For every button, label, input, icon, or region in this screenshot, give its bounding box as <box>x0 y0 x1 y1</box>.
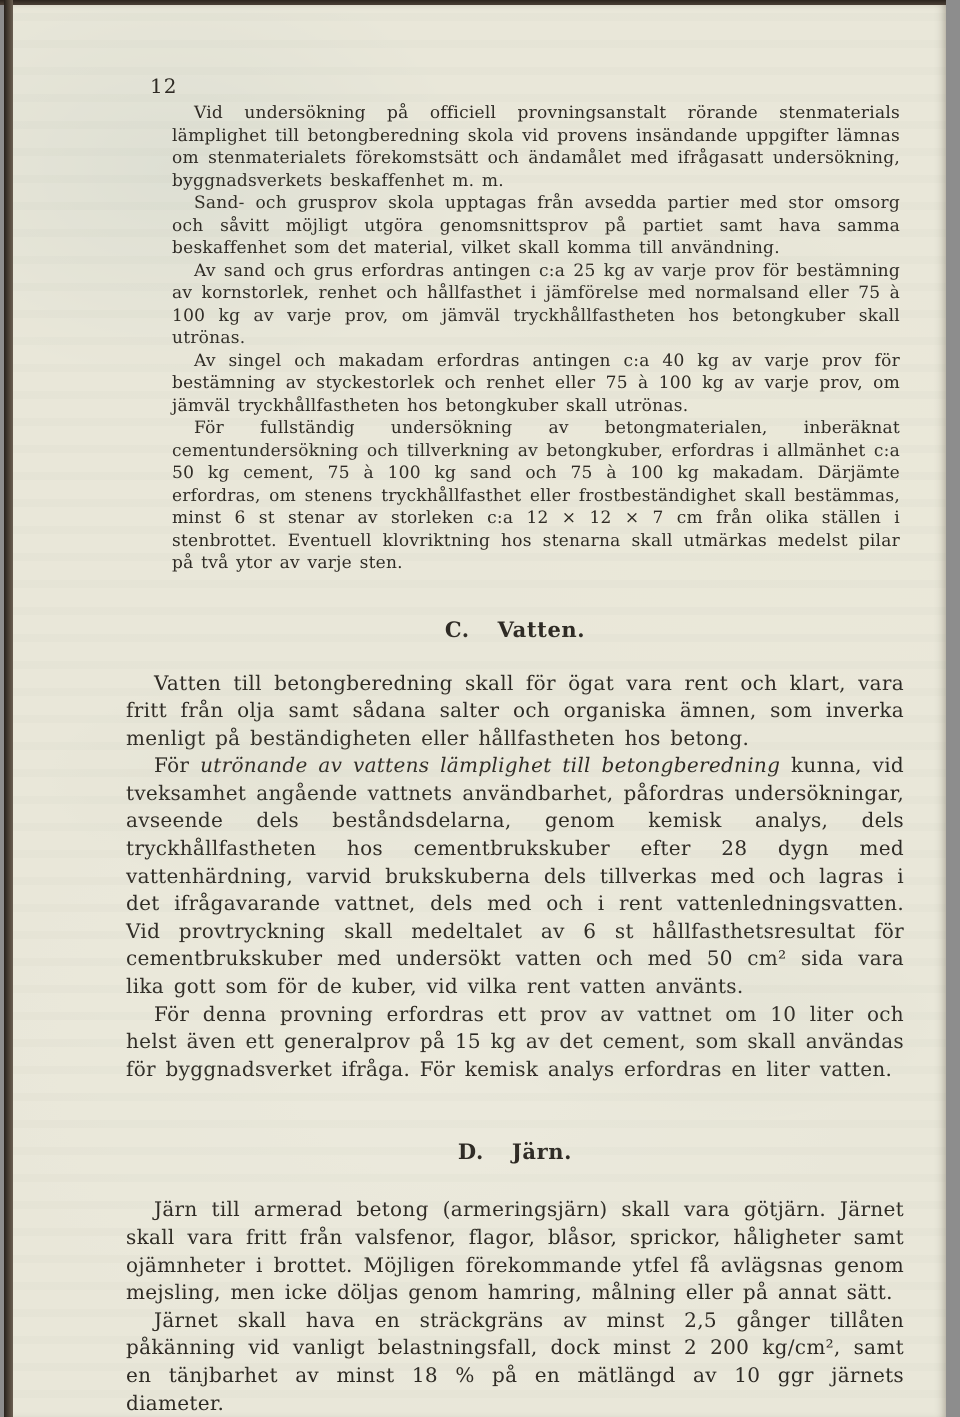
paragraph: För denna provning erfordras ett prov av… <box>126 1001 904 1084</box>
page-content: Vid undersökning på officiell provningsa… <box>4 102 946 1417</box>
section-iron: Järn till armerad betong (armeringsjärn)… <box>126 1196 904 1417</box>
heading-label: D. <box>458 1139 484 1164</box>
section-stone-materials: Vid undersökning på officiell provningsa… <box>172 102 900 575</box>
page-number: 12 <box>150 74 946 98</box>
paragraph: Vatten till betongberedning skall för ög… <box>126 670 904 753</box>
scanned-page: { "page": { "page_number": "12", "paper_… <box>0 0 960 1417</box>
paragraph: Järnet skall hava en sträckgräns av mins… <box>126 1307 904 1417</box>
text-run: Järn till armerad betong (armeringsjärn)… <box>126 1197 904 1304</box>
text-run: Sand- och grusprov skola upptagas från a… <box>172 193 900 258</box>
heading-label: C. <box>445 617 470 642</box>
text-run: Av singel och makadam erfordras antingen… <box>172 351 900 416</box>
text-run: Vatten till betongberedning skall för ög… <box>126 671 904 750</box>
text-run: Järnet skall hava en sträckgräns av mins… <box>126 1308 904 1415</box>
text-run: Av sand och grus erfordras antingen c:a … <box>172 261 900 349</box>
text-run: Vid undersökning på officiell provningsa… <box>172 103 900 191</box>
section-water: Vatten till betongberedning skall för ög… <box>126 670 904 1084</box>
heading-title: Vatten. <box>498 617 586 642</box>
paragraph: För utrönande av vattens lämplighet till… <box>126 752 904 1000</box>
paragraph: Av sand och grus erfordras antingen c:a … <box>172 260 900 350</box>
paragraph: För fullständig undersökning av betongma… <box>172 417 900 575</box>
heading-title: Järn. <box>512 1139 572 1164</box>
book-binding-edge <box>4 0 13 1417</box>
page-top-edge-shadow <box>0 0 946 5</box>
text-run: För denna provning erfordras ett prov av… <box>126 1002 904 1081</box>
heading-d-jarn: D.Järn. <box>126 1139 904 1164</box>
paragraph: Av singel och makadam erfordras antingen… <box>172 350 900 418</box>
paragraph: Vid undersökning på officiell provningsa… <box>172 102 900 192</box>
italic-phrase: utrönande av vattens lämplighet till bet… <box>200 753 780 777</box>
paper-sheet: 12 Vid undersökning på officiell provnin… <box>4 0 946 1417</box>
text-run: För fullständig undersökning av betongma… <box>172 418 900 573</box>
heading-c-vatten: C.Vatten. <box>126 617 904 642</box>
text-run: kunna, vid tveksamhet angående vattnets … <box>126 753 904 998</box>
paragraph: Järn till armerad betong (armeringsjärn)… <box>126 1196 904 1306</box>
paragraph: Sand- och grusprov skola upptagas från a… <box>172 192 900 260</box>
text-run: För <box>154 753 200 777</box>
